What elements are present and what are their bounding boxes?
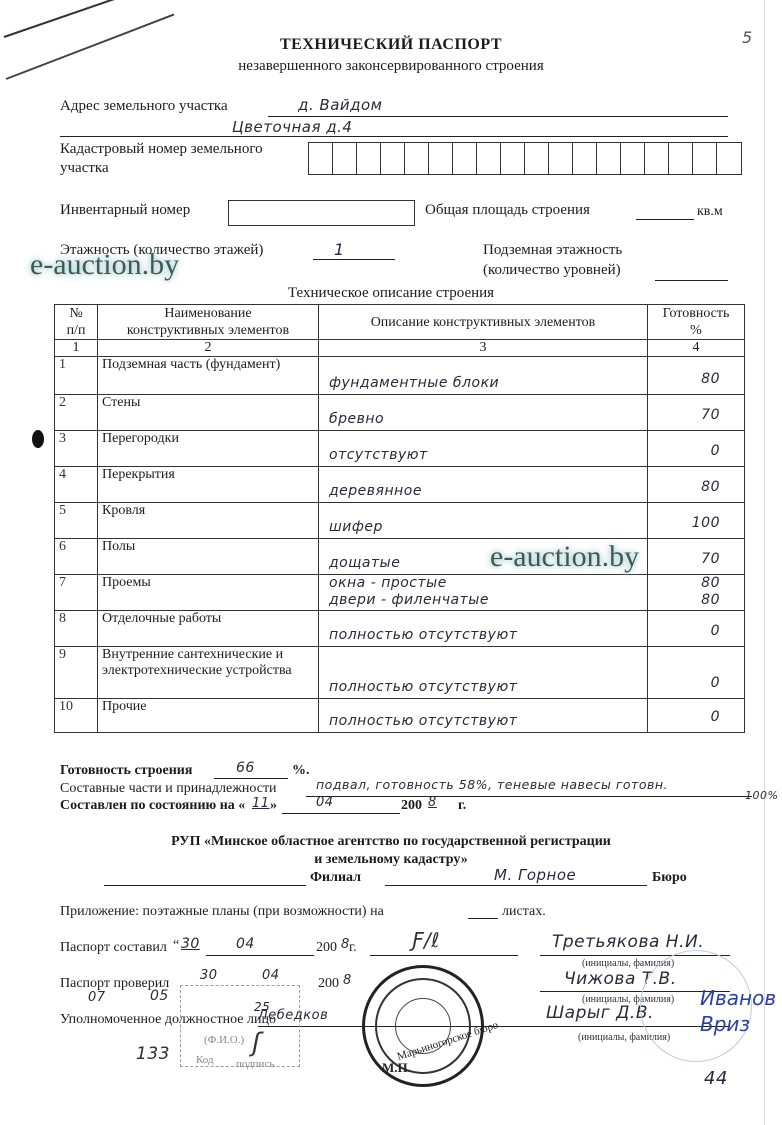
readiness-value: 66	[236, 760, 255, 776]
date-month: 04	[316, 795, 334, 810]
quote-mark: “	[173, 938, 179, 954]
appendix-text-after: листах.	[502, 904, 546, 920]
cadastral-digit-cell[interactable]	[477, 143, 501, 174]
element-readiness: 0	[648, 611, 745, 647]
address-value-1: д. Вайдом	[298, 96, 383, 114]
punch-hole-mark	[32, 430, 44, 448]
address-underline-1	[268, 116, 728, 117]
element-readiness: 0	[648, 647, 745, 699]
table-row: 1Подземная часть (фундамент)фундаментные…	[55, 357, 745, 395]
document-title: ТЕХНИЧЕСКИЙ ПАСПОРТ	[0, 36, 782, 54]
table-caption: Техническое описание строения	[0, 285, 782, 302]
description-value: полностью отсутствуют	[329, 713, 517, 729]
cadastral-digit-cell[interactable]	[645, 143, 669, 174]
blue-note-line-2: Вриз	[700, 1011, 776, 1037]
inventory-label: Инвентарный номер	[60, 202, 190, 219]
table-row: 10Прочиеполностью отсутствуют0	[55, 699, 745, 733]
description-value: полностью отсутствуют	[329, 679, 517, 695]
header-readiness: Готовность %	[648, 305, 745, 340]
address-value-2: Цветочная д.4	[232, 118, 352, 136]
cadastral-digit-cell[interactable]	[357, 143, 381, 174]
reg-stamp-code-label: Код	[196, 1054, 214, 1066]
header-name: Наименование конструктивных элементов	[98, 305, 319, 340]
description-value: окна - простые	[329, 575, 447, 591]
inventory-number-box[interactable]	[228, 200, 415, 226]
index-cell: 4	[648, 340, 745, 357]
element-readiness: 100	[648, 503, 745, 539]
reg-stamp-day: 07	[88, 990, 106, 1005]
element-readiness: 80	[648, 357, 745, 395]
readiness-value: 70	[701, 407, 720, 423]
date-label: Составлен по состоянию на «	[60, 798, 245, 814]
reg-stamp-signature-caption: подпись	[236, 1058, 274, 1070]
table-row: 5Кровляшифер100	[55, 503, 745, 539]
index-cell: 2	[98, 340, 319, 357]
element-description: полностью отсутствуют	[319, 611, 648, 647]
readiness-value-2: 80	[701, 592, 720, 608]
area-underline	[636, 219, 694, 220]
checked-year-prefix: 200	[318, 976, 339, 992]
header-description: Описание конструктивных элементов	[319, 305, 648, 340]
index-cell: 1	[55, 340, 98, 357]
pen-stroke	[4, 0, 175, 38]
row-number: 6	[55, 539, 98, 575]
round-official-stamp	[362, 965, 484, 1087]
element-name: Полы	[98, 539, 319, 575]
compiled-year-unit: г.	[349, 940, 357, 956]
element-readiness: 80	[648, 467, 745, 503]
reg-stamp-code: 133	[136, 1044, 170, 1064]
description-value: отсутствуют	[329, 447, 428, 463]
compiled-month-underline	[206, 955, 314, 956]
element-name: Внутренние сантехнические и электротехни…	[98, 647, 319, 699]
table-row: 7Проемыокна - простыедвери - филенчатые8…	[55, 575, 745, 611]
cadastral-digit-cell[interactable]	[621, 143, 645, 174]
cadastral-digit-cell[interactable]	[573, 143, 597, 174]
readiness-value: 0	[711, 443, 720, 459]
description-value: дощатые	[329, 555, 400, 571]
agency-line-2: и земельному кадастру»	[0, 852, 782, 868]
authorized-name: Шарыг Д.В.	[546, 1003, 654, 1023]
cadastral-digit-cell[interactable]	[717, 143, 741, 174]
row-number: 9	[55, 647, 98, 699]
area-label: Общая площадь строения	[425, 202, 590, 219]
element-name: Отделочные работы	[98, 611, 319, 647]
blue-handwritten-note: Иванов Вриз	[700, 985, 776, 1037]
readiness-value: 0	[711, 623, 720, 639]
floors-underline	[313, 259, 395, 260]
compiled-day: 30	[181, 936, 200, 952]
row-number: 8	[55, 611, 98, 647]
element-readiness: 0	[648, 699, 745, 733]
appendix-sheets-underline	[468, 918, 498, 919]
table-row: 9Внутренние сантехнические и электротехн…	[55, 647, 745, 699]
readiness-value: 0	[711, 675, 720, 691]
element-description: полностью отсутствуют	[319, 647, 648, 699]
document-subtitle: незавершенного законсервированного строе…	[0, 58, 782, 75]
checked-day: 30	[200, 968, 218, 983]
description-value: бревно	[329, 411, 384, 427]
element-description: полностью отсутствуют	[319, 699, 648, 733]
address-underline-2	[60, 136, 728, 137]
row-number: 7	[55, 575, 98, 611]
cadastral-label: Кадастровый номер земельного	[60, 141, 263, 158]
underground-underline	[655, 280, 728, 281]
parts-value-overflow: 100%	[745, 789, 778, 802]
date-day: 11	[252, 796, 270, 811]
technical-description-table: № п/п Наименование конструктивных элемен…	[54, 304, 745, 733]
element-name: Стены	[98, 395, 319, 431]
element-description: отсутствуют	[319, 431, 648, 467]
row-number: 2	[55, 395, 98, 431]
cadastral-digit-cell[interactable]	[405, 143, 429, 174]
element-description: фундаментные блоки	[319, 357, 648, 395]
bureau-value: М. Горное	[494, 866, 576, 884]
cadastral-digit-cell[interactable]	[693, 143, 717, 174]
readiness-unit: %.	[292, 763, 310, 779]
compiled-signature-line	[370, 955, 518, 956]
checked-month: 04	[262, 968, 280, 983]
corner-number: 44	[704, 1068, 728, 1089]
element-readiness: 0	[648, 431, 745, 467]
element-name: Перегородки	[98, 431, 319, 467]
bureau-label: Бюро	[652, 870, 687, 886]
element-description: шифер	[319, 503, 648, 539]
compiled-label: Паспорт составил	[60, 940, 167, 956]
compiled-year-prefix: 200	[316, 940, 337, 956]
cadastral-digit-cell[interactable]	[453, 143, 477, 174]
row-number: 1	[55, 357, 98, 395]
reg-stamp-fio: (Ф.И.О.)	[204, 1034, 244, 1046]
cadastral-digit-cell[interactable]	[333, 143, 357, 174]
agency-line-1: РУП «Минское областное агентство по госу…	[0, 834, 782, 850]
underground-label: Подземная этажность	[483, 242, 622, 259]
cadastral-digit-cell[interactable]	[525, 143, 549, 174]
element-name: Подземная часть (фундамент)	[98, 357, 319, 395]
parts-label: Составные части и принадлежности	[60, 781, 277, 797]
element-description: деревянное	[319, 467, 648, 503]
index-cell: 3	[319, 340, 648, 357]
cadastral-digit-cell[interactable]	[381, 143, 405, 174]
cadastral-digit-cell[interactable]	[309, 143, 333, 174]
description-value: деревянное	[329, 483, 422, 499]
table-row: 2Стеныбревно70	[55, 395, 745, 431]
description-value: полностью отсутствуют	[329, 627, 517, 643]
element-name: Кровля	[98, 503, 319, 539]
address-label: Адрес земельного участка	[60, 98, 228, 115]
document-page: 5 ТЕХНИЧЕСКИЙ ПАСПОРТ незавершенного зак…	[0, 0, 782, 1125]
compiled-name: Третьякова Н.И.	[552, 932, 704, 952]
readiness-value: 80	[701, 479, 720, 495]
description-value: шифер	[329, 519, 383, 535]
cadastral-digit-cell[interactable]	[597, 143, 621, 174]
cadastral-number-grid[interactable]	[308, 142, 742, 175]
element-name: Проемы	[98, 575, 319, 611]
parts-value: подвал, готовность 58%, теневые навесы г…	[316, 777, 668, 792]
table-row: 4Перекрытиядеревянное80	[55, 467, 745, 503]
header-num: № п/п	[55, 305, 98, 340]
element-description: бревно	[319, 395, 648, 431]
description-value-2: двери - филенчатые	[329, 592, 489, 608]
compiled-month: 04	[236, 936, 255, 952]
branch-underline	[104, 885, 306, 886]
readiness-value: 80	[701, 575, 720, 591]
element-readiness: 70	[648, 539, 745, 575]
watermark: e-auction.by	[30, 248, 179, 282]
area-unit: кв.м	[697, 204, 723, 220]
watermark: e-auction.by	[490, 540, 639, 574]
element-name: Перекрытия	[98, 467, 319, 503]
blue-note-line-1: Иванов	[700, 985, 776, 1011]
readiness-value: 80	[701, 371, 720, 387]
description-value: фундаментные блоки	[329, 375, 499, 391]
floors-value: 1	[334, 240, 345, 259]
parts-underline	[306, 796, 752, 797]
date-year-suffix: 8	[428, 795, 437, 810]
reg-stamp-surname: Лебедков	[258, 1008, 328, 1023]
readiness-value: 70	[701, 551, 720, 567]
page-edge	[764, 0, 765, 1125]
cadastral-digit-cell[interactable]	[429, 143, 453, 174]
row-number: 10	[55, 699, 98, 733]
row-number: 5	[55, 503, 98, 539]
row-number: 3	[55, 431, 98, 467]
readiness-value: 100	[692, 515, 720, 531]
readiness-label: Готовность строения	[60, 763, 192, 779]
element-name: Прочие	[98, 699, 319, 733]
cadastral-digit-cell[interactable]	[501, 143, 525, 174]
table-row: 6Полыдощатые70	[55, 539, 745, 575]
branch-label: Филиал	[310, 870, 361, 886]
reg-stamp-signature: ʃ	[252, 1028, 261, 1058]
readiness-value: 0	[711, 709, 720, 725]
element-readiness: 70	[648, 395, 745, 431]
compiled-signature: Ƒ∕⁠⁠ℓ	[412, 928, 440, 952]
mp-caption: М.П.	[382, 1060, 411, 1076]
date-month-underline	[282, 813, 400, 814]
reg-stamp-month: 05	[150, 988, 169, 1004]
bureau-underline	[385, 885, 647, 886]
table-row: 3Перегородкиотсутствуют0	[55, 431, 745, 467]
underground-label-2: (количество уровней)	[483, 262, 621, 279]
cadastral-digit-cell[interactable]	[549, 143, 573, 174]
appendix-text: Приложение: поэтажные планы (при возможн…	[60, 904, 384, 920]
checked-year-suffix: 8	[343, 973, 352, 988]
element-description: окна - простыедвери - филенчатые	[319, 575, 648, 611]
date-quote: »	[270, 798, 277, 814]
element-readiness: 8080	[648, 575, 745, 611]
row-number: 4	[55, 467, 98, 503]
cadastral-digit-cell[interactable]	[669, 143, 693, 174]
date-year-prefix: 200	[401, 798, 422, 814]
readiness-underline	[214, 778, 288, 779]
cadastral-label-2: участка	[60, 160, 109, 177]
table-row: 8Отделочные работыполностью отсутствуют0	[55, 611, 745, 647]
date-year-unit: г.	[458, 798, 466, 814]
